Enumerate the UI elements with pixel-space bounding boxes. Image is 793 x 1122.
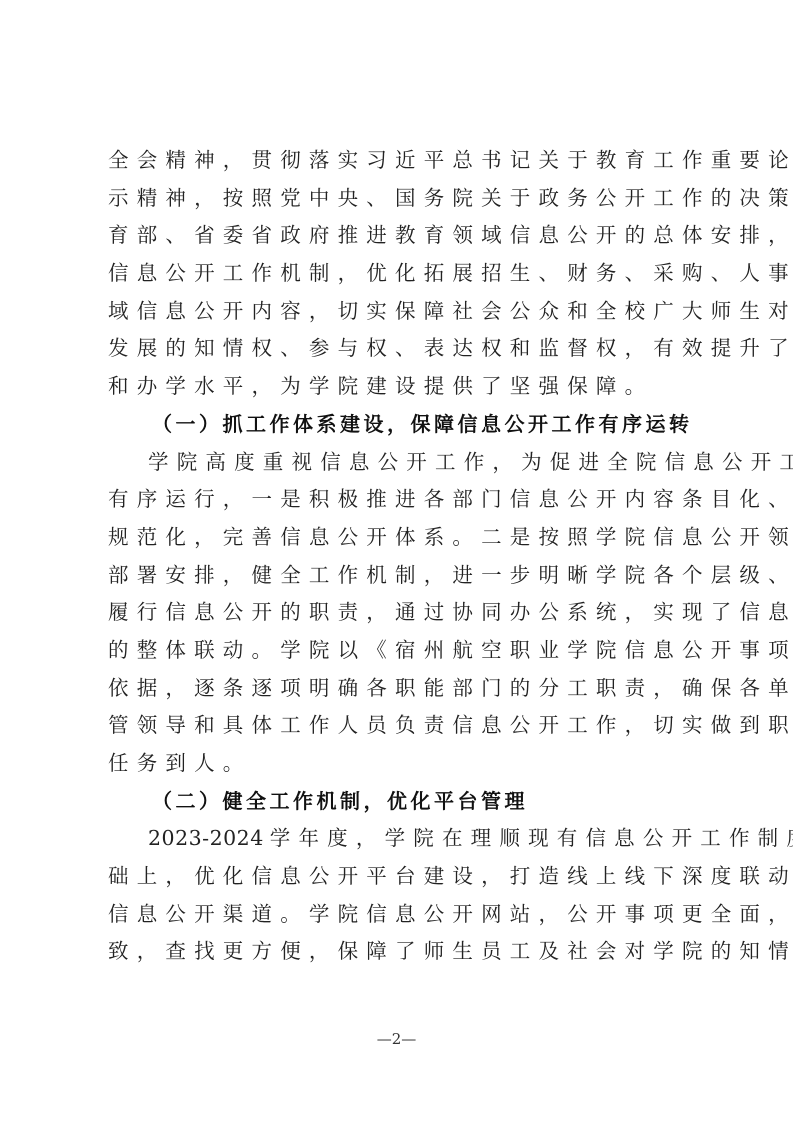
paragraph-platform: 2023-2024学年度，学院在理顺现有信息公开工作制度的基 础上，优化信息公开… — [108, 820, 698, 971]
text-line: 的整体联动。学院以《宿州航空职业学院信息公开事项清单》为 — [108, 632, 698, 670]
document-page: 全会精神，贯彻落实习近平总书记关于教育工作重要论述重要指 示精神，按照党中央、国… — [0, 0, 793, 1122]
text-line: 任务到人。 — [108, 745, 698, 783]
document-body: 全会精神，贯彻落实习近平总书记关于教育工作重要论述重要指 示精神，按照党中央、国… — [108, 142, 698, 971]
text-line: 信息公开渠道。学院信息公开网站，公开事项更全面，分类更细 — [108, 896, 698, 934]
text-line: 育部、省委省政府推进教育领域信息公开的总体安排，不断深化 — [108, 217, 698, 255]
academic-year: 2023-2024 — [148, 826, 264, 850]
text-line: 学院高度重视信息公开工作，为促进全院信息公开工作规范 — [108, 444, 698, 482]
text-line: 部署安排，健全工作机制，进一步明晰学院各个层级、各个部门 — [108, 557, 698, 595]
text-line: 发展的知情权、参与权、表达权和监督权，有效提升了依法治校 — [108, 330, 698, 368]
paragraph-work-system: 学院高度重视信息公开工作，为促进全院信息公开工作规范 有序运行，一是积极推进各部… — [108, 444, 698, 783]
section-heading-2: （二）健全工作机制，优化平台管理 — [108, 783, 698, 821]
section-heading-1: （一）抓工作体系建设，保障信息公开工作有序运转 — [108, 406, 698, 444]
text-line: 致，查找更方便，保障了师生员工及社会对学院的知情权、监督 — [108, 933, 698, 971]
text-line: 依据，逐条逐项明确各职能部门的分工职责，确保各单位均有分 — [108, 670, 698, 708]
text-line: 履行信息公开的职责，通过协同办公系统，实现了信息公开工作 — [108, 594, 698, 632]
text-line: 示精神，按照党中央、国务院关于政务公开工作的决策部署和教 — [108, 180, 698, 218]
text-line: 础上，优化信息公开平台建设，打造线上线下深度联动的多层次 — [108, 858, 698, 896]
text-line: 管领导和具体工作人员负责信息公开工作，切实做到职责到岗、 — [108, 707, 698, 745]
page-number: —2— — [0, 1030, 793, 1048]
text-line: 有序运行，一是积极推进各部门信息公开内容条目化、具体化、 — [108, 481, 698, 519]
text-line: 全会精神，贯彻落实习近平总书记关于教育工作重要论述重要指 — [108, 142, 698, 180]
text-line: 域信息公开内容，切实保障社会公众和全校广大师生对学院事业 — [108, 293, 698, 331]
text-line: 规范化，完善信息公开体系。二是按照学院信息公开领导小组的 — [108, 519, 698, 557]
paragraph-intro: 全会精神，贯彻落实习近平总书记关于教育工作重要论述重要指 示精神，按照党中央、国… — [108, 142, 698, 406]
text-line: 信息公开工作机制，优化拓展招生、财务、采购、人事等重点领 — [108, 255, 698, 293]
text-line: 和办学水平，为学院建设提供了坚强保障。 — [108, 368, 698, 406]
text-fragment: 学年度，学院在理顺现有信息公开工作制度的基 — [270, 826, 793, 850]
text-line: 2023-2024学年度，学院在理顺现有信息公开工作制度的基 — [108, 820, 698, 858]
